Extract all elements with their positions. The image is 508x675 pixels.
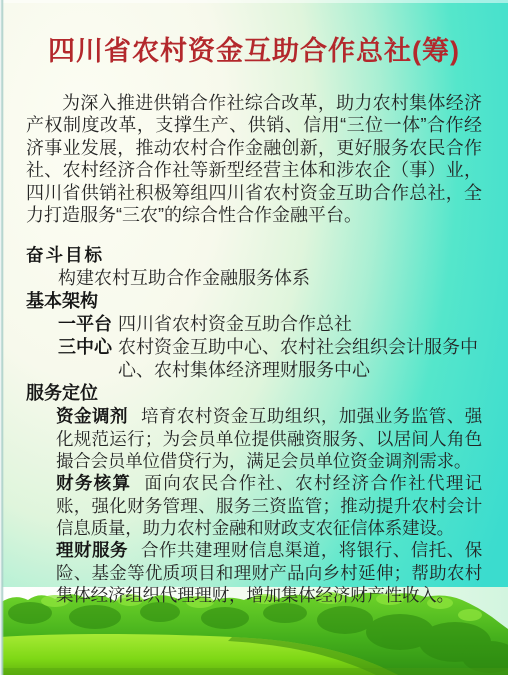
intro-paragraph: 为深入推进供销合作社综合改革，助力农村集体经济产权制度改革，支撑生产、供销、信用… — [26, 92, 482, 226]
section-heading-goal: 奋斗目标 — [26, 244, 482, 267]
section-goal: 奋斗目标 构建农村互助合作金融服务体系 — [26, 244, 482, 290]
service-term: 财务核算 — [56, 473, 131, 493]
poster-content: 四川省农村资金互助合作总社(筹) 为深入推进供销合作社综合改革，助力农村集体经济… — [0, 0, 508, 675]
service-term: 资金调剂 — [56, 406, 128, 426]
structure-term: 一平台 — [58, 313, 118, 336]
goal-text: 构建农村互助合作金融服务体系 — [26, 267, 482, 290]
service-item-funds: 资金调剂培育农村资金互助组织，加强业务监管、强化规范运行；为会员单位提供融资服务… — [26, 405, 482, 472]
section-heading-services: 服务定位 — [26, 382, 482, 405]
service-term: 理财服务 — [56, 540, 128, 560]
page-title: 四川省农村资金互助合作总社(筹) — [26, 34, 482, 68]
structure-item-platform: 一平台 四川省农村资金互助合作总社 — [26, 313, 482, 336]
structure-text: 农村资金互助中心、农村社会组织会计服务中心、农村集体经济理财服务中心 — [118, 336, 482, 382]
page-top-edge — [0, 0, 508, 3]
page-left-edge — [0, 0, 4, 675]
poster-page: 四川省农村资金互助合作总社(筹) 为深入推进供销合作社综合改革，助力农村集体经济… — [0, 0, 508, 675]
section-structure: 基本架构 一平台 四川省农村资金互助合作总社 三中心 农村资金互助中心、农村社会… — [26, 290, 482, 382]
structure-item-centers: 三中心 农村资金互助中心、农村社会组织会计服务中心、农村集体经济理财服务中心 — [26, 336, 482, 382]
service-item-accounting: 财务核算面向农民合作社、农村经济合作社代理记账，强化财务管理、服务三资监管；推动… — [26, 472, 482, 539]
section-services: 服务定位 资金调剂培育农村资金互助组织，加强业务监管、强化规范运行；为会员单位提… — [26, 382, 482, 606]
structure-text: 四川省农村资金互助合作总社 — [118, 313, 482, 336]
structure-term: 三中心 — [58, 336, 118, 382]
service-item-wealth: 理财服务合作共建理财信息渠道，将银行、信托、保险、基金等优质项目和理财产品向乡村… — [26, 539, 482, 606]
section-heading-structure: 基本架构 — [26, 290, 482, 313]
